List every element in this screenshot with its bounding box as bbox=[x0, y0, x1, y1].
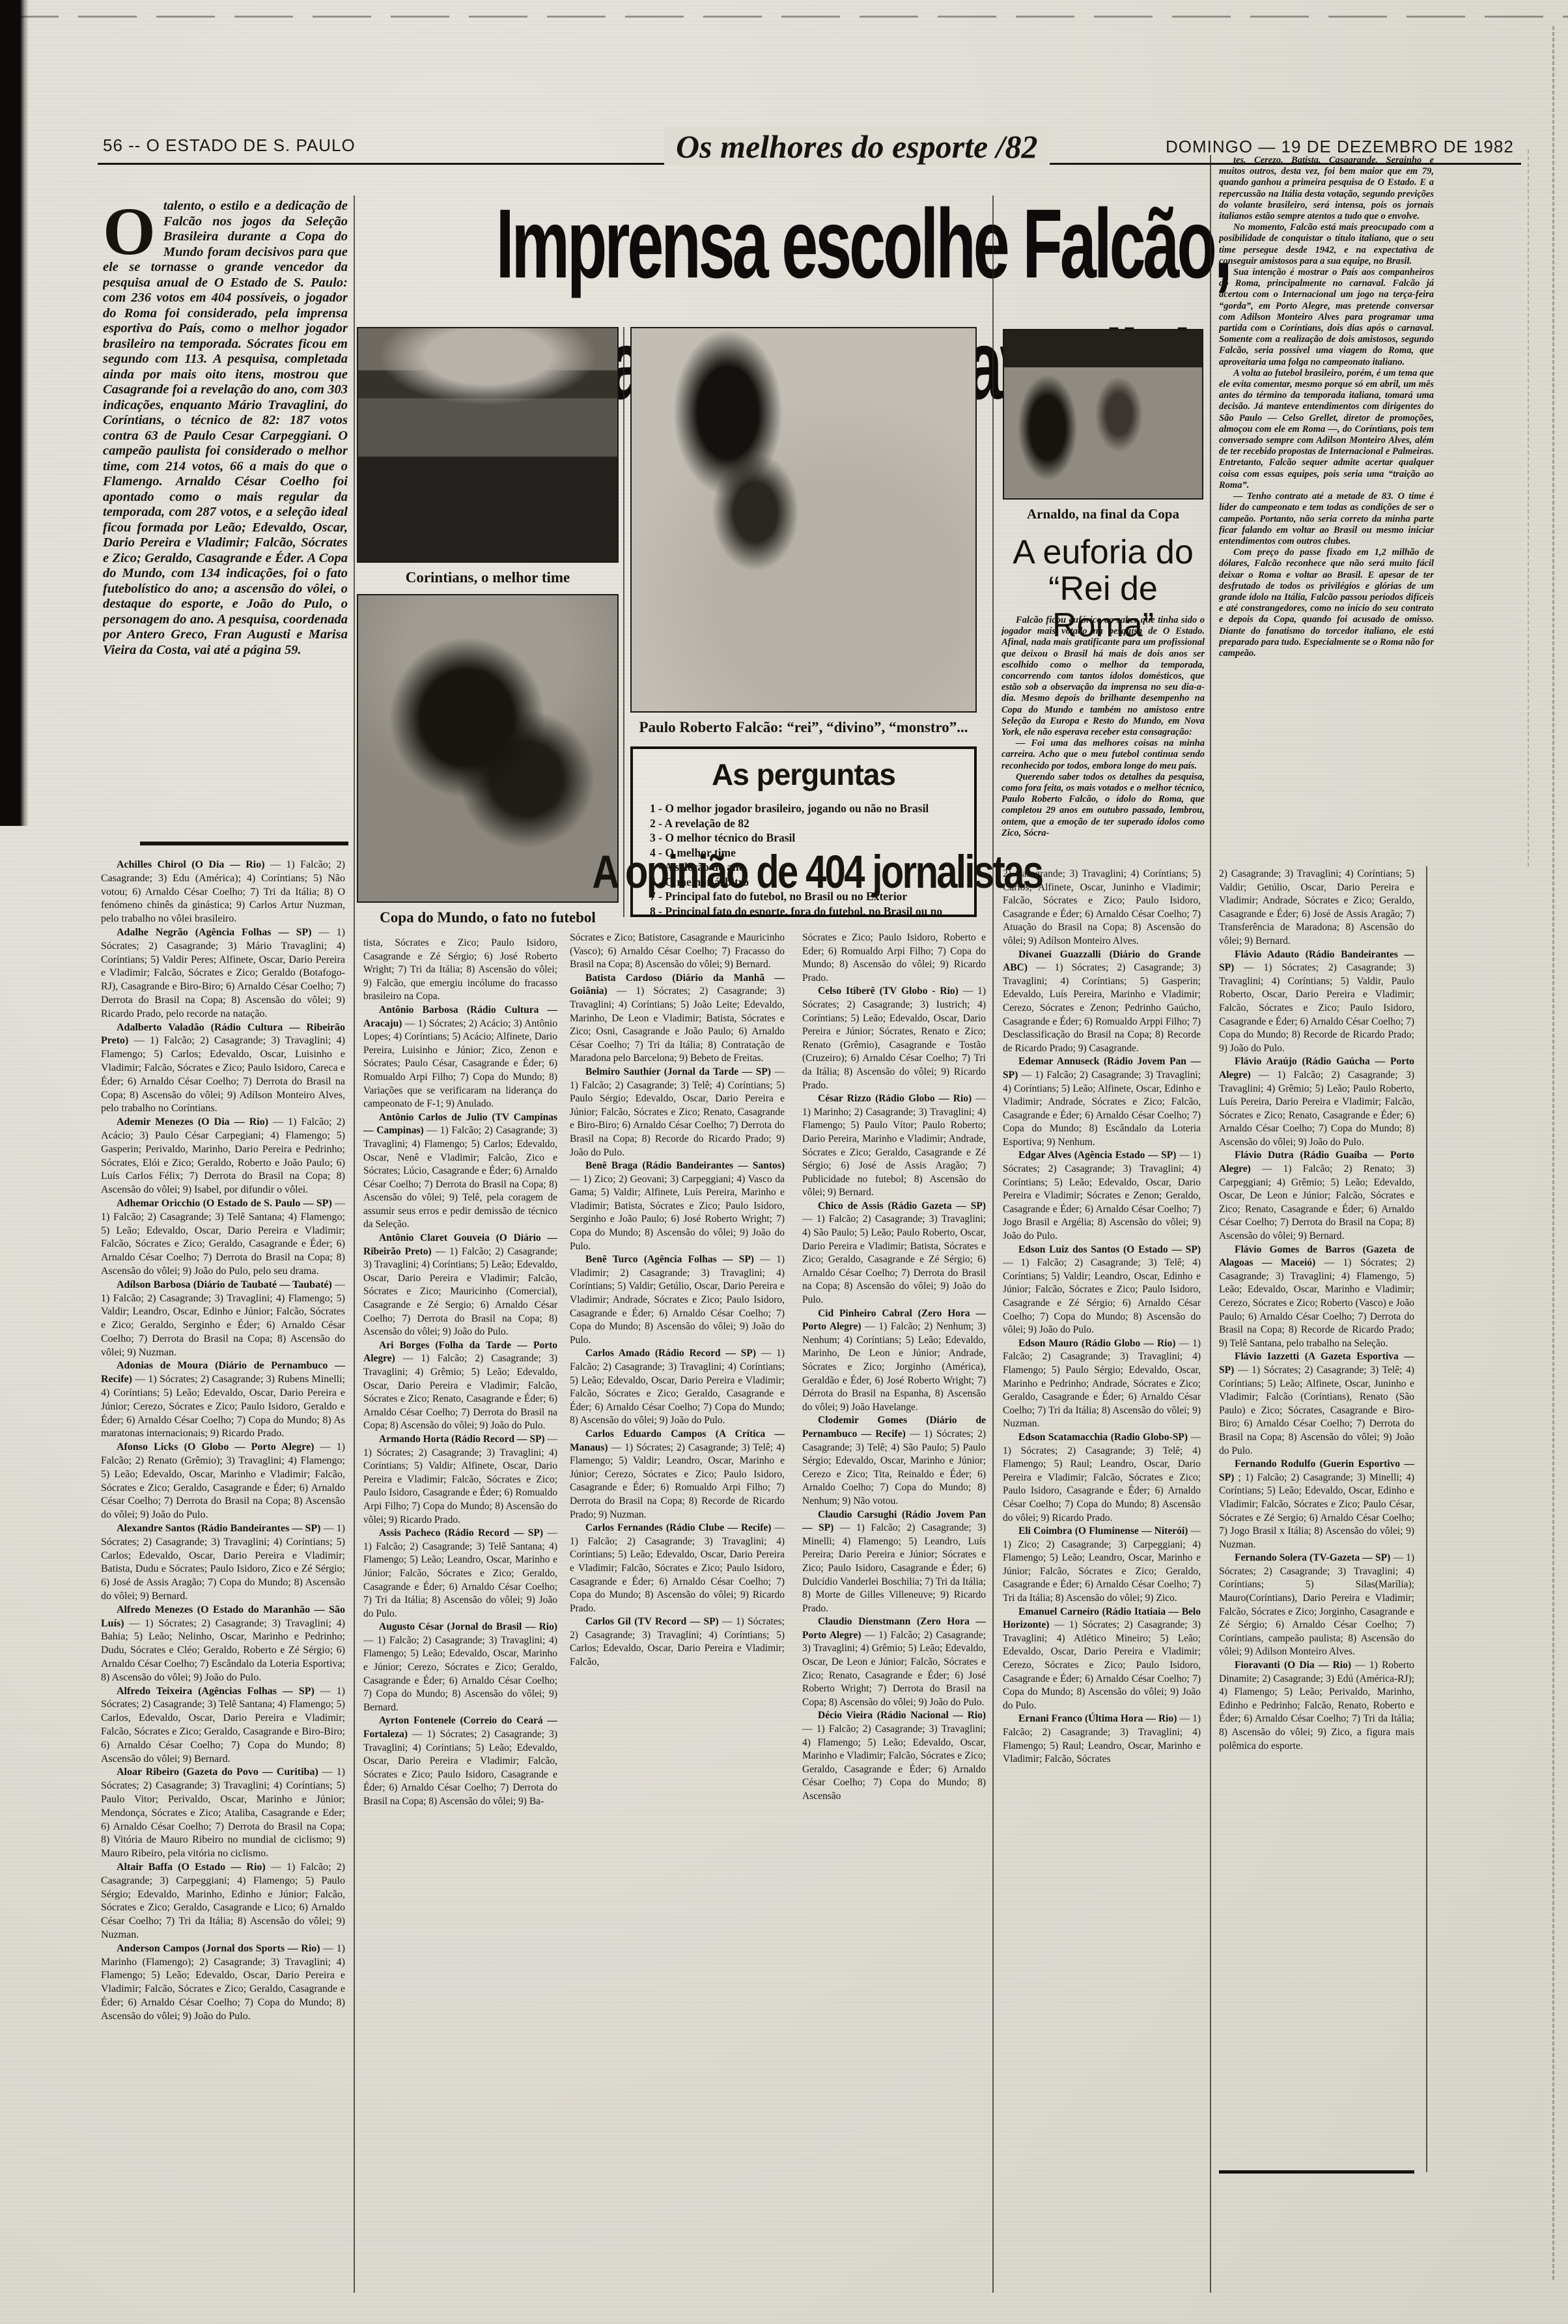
journalist-entry: Armando Horta (Rádio Record — SP) — 1) S… bbox=[363, 1433, 557, 1527]
journalist-name: Aloar Ribeiro (Gazeta do Povo — Curitiba… bbox=[117, 1766, 322, 1778]
journalist-entry: Adalberto Valadão (Rádio Cultura — Ribei… bbox=[101, 1021, 345, 1116]
journalist-entry: Antônio Barbosa (Rádio Cultura — Aracaju… bbox=[363, 1004, 557, 1111]
journalist-entry: Clodemir Gomes (Diário de Pernambuco — R… bbox=[802, 1414, 986, 1508]
journalist-name: Cid Pinheiro Cabral (Zero Hora — Porto A… bbox=[802, 1308, 986, 1333]
journalist-entry: César Rizzo (Rádio Globo — Rio) — 1) Mar… bbox=[802, 1092, 986, 1200]
journalist-entry: Anderson Campos (Jornal dos Sports — Rio… bbox=[101, 1942, 345, 2024]
journalist-name: Edgar Alves (Agência Estado — SP) bbox=[1018, 1150, 1179, 1161]
journalist-entry: Emanuel Carneiro (Rádio Itatiaia — Belo … bbox=[1003, 1606, 1201, 1713]
journalist-entry: Claudio Carsughi (Rádio Jovem Pan — SP) … bbox=[802, 1509, 986, 1616]
journalist-name: Ernani Franco (Última Hora — Rio) bbox=[1018, 1713, 1179, 1724]
question-item: 2 - A revelação de 82 bbox=[650, 816, 957, 831]
question-item: 3 - O melhor técnico do Brasil bbox=[650, 830, 957, 845]
journalist-name: Anderson Campos (Jornal dos Sports — Rio… bbox=[117, 1943, 323, 1954]
opinion-column-3: Sócrates e Zico; Batistore, Casagrande e… bbox=[570, 931, 785, 2289]
euforia-paragraph: No momento, Falcão está mais preocupado … bbox=[1219, 222, 1434, 267]
scan-scratch-line bbox=[0, 16, 1568, 18]
journalist-name: Adonias de Moura (Diário de Pernambuco —… bbox=[101, 1360, 345, 1385]
journalist-name: Carlos Gil (TV Record — SP) bbox=[585, 1616, 722, 1627]
journalist-entry: Ayrton Fontenele (Correio do Ceará — For… bbox=[363, 1714, 557, 1808]
column-rule bbox=[623, 327, 624, 917]
journalist-entry: Benê Braga (Rádio Bandeirantes — Santos)… bbox=[570, 1159, 785, 1253]
euforia-paragraph: A volta ao futebol brasileiro, porém, é … bbox=[1219, 368, 1434, 491]
journalist-name: Ari Borges (Folha da Tarde — Porto Alegr… bbox=[363, 1340, 557, 1365]
journalist-entry: Flávio Gomes de Barros (Gazeta de Alagoa… bbox=[1219, 1243, 1414, 1351]
journalist-entry: Benê Turco (Agência Folhas — SP) — 1) Vl… bbox=[570, 1253, 785, 1347]
arnaldo-photo-caption: Arnaldo, na final da Copa bbox=[1003, 505, 1203, 522]
journalist-name: Assis Pacheco (Rádio Record — SP) bbox=[379, 1527, 548, 1538]
journalist-name: Fernando Solera (TV-Gazeta — SP) bbox=[1235, 1552, 1393, 1563]
journalist-entry: Altair Baffa (O Estado — Rio) — 1) Falcã… bbox=[101, 1861, 345, 1942]
journalist-entry: Edemar Annuseck (Rádio Jovem Pan — SP) —… bbox=[1003, 1055, 1201, 1149]
journalist-entry: Claudio Dienstmann (Zero Hora — Porto Al… bbox=[802, 1615, 986, 1709]
journalist-name: Chico de Assis (Rádio Gazeta — SP) bbox=[818, 1200, 986, 1212]
intro-end-rule bbox=[140, 842, 348, 845]
journalist-name: Clodemir Gomes (Diário de Pernambuco — R… bbox=[802, 1415, 986, 1439]
scan-left-streak bbox=[0, 0, 29, 826]
journalist-name: Adalberto Valadão (Rádio Cultura — Ribei… bbox=[101, 1022, 345, 1047]
entry-continuation: Sócrates e Zico; Paulo Isidoro, Roberto … bbox=[802, 931, 986, 985]
journalist-name: Fioravanti (O Dia — Rio) bbox=[1235, 1660, 1355, 1671]
journalist-name: Flávio Iazzetti (A Gazeta Esportiva — SP… bbox=[1219, 1351, 1414, 1376]
journalist-name: Flávio Adauto (Rádio Bandeirantes — SP) bbox=[1219, 949, 1414, 974]
journalist-name: Afonso Licks (O Globo — Porto Alegre) bbox=[117, 1441, 320, 1452]
journalist-name: Claudio Carsughi (Rádio Jovem Pan — SP) bbox=[802, 1509, 986, 1534]
journalist-entry: Adhemar Oricchio (O Estado de S. Paulo —… bbox=[101, 1197, 345, 1279]
euforia-paragraph: — Foi uma das melhores coisas na minha c… bbox=[1001, 738, 1205, 772]
scan-crease-line bbox=[1528, 150, 1529, 866]
journalist-name: Carlos Fernandes (Rádio Clube — Recife) bbox=[585, 1522, 775, 1533]
intro-text: talento, o estilo e a dedicação de Falcã… bbox=[103, 199, 348, 657]
intro-column: Otalento, o estilo e a dedicação de Falc… bbox=[103, 199, 348, 829]
column-rule bbox=[1426, 866, 1427, 2172]
euforia-paragraph: tes, Cerezo, Batista, Casagrande, Sergin… bbox=[1219, 155, 1434, 222]
journalist-name: Antônio Carlos de Julio (TV Campinas — C… bbox=[363, 1112, 557, 1137]
journalist-entry: Ernani Franco (Última Hora — Rio) — 1) F… bbox=[1003, 1712, 1201, 1766]
journalist-name: César Rizzo (Rádio Globo — Rio) bbox=[818, 1093, 976, 1104]
journalist-name: Edson Mauro (Rádio Globo — Rio) bbox=[1018, 1338, 1179, 1349]
journalist-name: Edson Scatamacchia (Radio Globo-SP) bbox=[1018, 1432, 1191, 1443]
journalist-name: Ademir Menezes (O Dia — Rio) bbox=[117, 1116, 273, 1127]
journalist-entry: Carlos Fernandes (Rádio Clube — Recife) … bbox=[570, 1522, 785, 1615]
journalist-entry: Flávio Dutra (Rádio Guaíba — Porto Alegr… bbox=[1219, 1149, 1414, 1243]
journalist-name: Armando Horta (Rádio Record — SP) bbox=[379, 1434, 548, 1445]
euforia-column-2: tes, Cerezo, Batista, Casagrande, Sergin… bbox=[1219, 155, 1434, 857]
scan-fold-line bbox=[1552, 26, 1554, 2280]
journalist-name: Divanei Guazzalli (Diário do Grande ABC) bbox=[1003, 949, 1201, 974]
journalist-entry: Décio Vieira (Rádio Nacional — Rio) — 1)… bbox=[802, 1709, 986, 1803]
arnaldo-referee-photo bbox=[1003, 329, 1203, 500]
journalist-name: Augusto César (Jornal do Brasil — Rio) bbox=[379, 1621, 557, 1632]
headline-line-1: Imprensa escolhe Falcão, bbox=[496, 182, 1054, 306]
opinion-end-rule bbox=[1219, 2170, 1414, 2174]
journalist-name: Batista Cardoso (Diário da Manhã — Goiân… bbox=[570, 972, 785, 997]
journalist-name: Adílson Barbosa (Diário de Taubaté — Tau… bbox=[117, 1279, 335, 1290]
journalist-name: Alexandre Santos (Rádio Bandeirantes — S… bbox=[117, 1523, 324, 1534]
column-rule bbox=[354, 195, 355, 2293]
journalist-entry: Ari Borges (Folha da Tarde — Porto Alegr… bbox=[363, 1339, 557, 1433]
opinion-column-2: tista, Sócrates e Zico; Paulo Isidoro, C… bbox=[363, 937, 557, 2289]
entry-continuation: Sócrates e Zico; Batistore, Casagrande e… bbox=[570, 931, 785, 972]
journalist-entry: Alexandre Santos (Rádio Bandeirantes — S… bbox=[101, 1522, 345, 1604]
journalist-name: Ayrton Fontenele (Correio do Ceará — For… bbox=[363, 1715, 557, 1740]
opinion-column-6: 2) Casagrande; 3) Travaglini; 4) Corínti… bbox=[1219, 868, 1414, 2164]
journalist-name: Adhemar Oricchio (O Estado de S. Paulo —… bbox=[117, 1198, 335, 1209]
journalist-entry: Adonias de Moura (Diário de Pernambuco —… bbox=[101, 1359, 345, 1441]
entry-continuation: 2) Casagrande; 3) Travaglini; 4) Corínti… bbox=[1219, 868, 1414, 948]
journalist-entry: Fernando Rodulfo (Guerin Esportivo — SP)… bbox=[1219, 1458, 1414, 1552]
journalist-entry: Achilles Chirol (O Dia — Rio) — 1) Falcã… bbox=[101, 858, 345, 926]
journalist-entry: Alfredo Menezes (O Estado do Maranhão — … bbox=[101, 1604, 345, 1685]
journalist-entry: Fioravanti (O Dia — Rio) — 1) Roberto Di… bbox=[1219, 1659, 1414, 1753]
opinion-headline: A opinião de 404 jornalistas bbox=[560, 847, 990, 898]
column-rule bbox=[992, 195, 994, 2293]
euforia-paragraph: Falcão ficou eufórico ao saber que tinha… bbox=[1001, 615, 1205, 738]
journalist-entry: Afonso Licks (O Globo — Porto Alegre) — … bbox=[101, 1441, 345, 1522]
corintians-photo-caption: Corintians, o melhor time bbox=[357, 569, 619, 586]
journalist-name: Belmiro Sauthier (Jornal da Tarde — SP) bbox=[585, 1066, 775, 1077]
journalist-entry: Divanei Guazzalli (Diário do Grande ABC)… bbox=[1003, 948, 1201, 1056]
journalist-name: Edemar Annuseck (Rádio Jovem Pan — SP) bbox=[1003, 1056, 1201, 1081]
journalist-entry: Edgar Alves (Agência Estado — SP) — 1) S… bbox=[1003, 1149, 1201, 1243]
euforia-column-1: Falcão ficou eufórico ao saber que tinha… bbox=[1001, 615, 1205, 857]
journalist-name: Flávio Gomes de Barros (Gazeta de Alagoa… bbox=[1219, 1244, 1414, 1269]
journalist-name: Edson Luiz dos Santos (O Estado — SP) bbox=[1018, 1244, 1201, 1255]
journalist-entry: Flávio Iazzetti (A Gazeta Esportiva — SP… bbox=[1219, 1350, 1414, 1458]
euforia-paragraph: Querendo saber todos os detalhes da pesq… bbox=[1001, 772, 1205, 839]
journalist-entry: Cid Pinheiro Cabral (Zero Hora — Porto A… bbox=[802, 1307, 986, 1415]
journalist-name: Fernando Rodulfo (Guerin Esportivo — SP) bbox=[1219, 1458, 1414, 1483]
section-title: Os melhores do esporte /82 bbox=[664, 128, 1050, 165]
journalist-name: Carlos Amado (Rádio Record — SP) bbox=[585, 1348, 761, 1359]
journalist-name: Eli Coimbra (O Fluminense — Niterói) bbox=[1018, 1525, 1191, 1537]
opinion-column-1: Achilles Chirol (O Dia — Rio) — 1) Falcã… bbox=[101, 858, 345, 2289]
journalist-entry: Alfredo Teixeira (Agências Folhas — SP) … bbox=[101, 1685, 345, 1766]
question-item: 8 - Principal fato do esporte, fora do f… bbox=[650, 904, 957, 918]
journalist-name: Emanuel Carneiro (Rádio Itatiaia — Belo … bbox=[1003, 1606, 1201, 1631]
journalist-name: Antônio Claret Gouveia (O Diário — Ribei… bbox=[363, 1232, 557, 1257]
journalist-entry: Assis Pacheco (Rádio Record — SP) — 1) F… bbox=[363, 1527, 557, 1621]
entry-continuation: tista, Sócrates e Zico; Paulo Isidoro, C… bbox=[363, 937, 557, 1004]
euforia-paragraph: Com preço do passe fixado em 1,2 milhão … bbox=[1219, 547, 1434, 659]
euforia-title-line-1: A euforia do bbox=[998, 534, 1209, 571]
opinion-column-4: Sócrates e Zico; Paulo Isidoro, Roberto … bbox=[802, 931, 986, 2289]
journalist-name: Benê Turco (Agência Folhas — SP) bbox=[585, 1254, 760, 1265]
journalist-name: Carlos Eduardo Campos (A Crítica — Manau… bbox=[570, 1428, 785, 1453]
journalist-entry: Edson Mauro (Rádio Globo — Rio) — 1) Fal… bbox=[1003, 1337, 1201, 1431]
journalist-entry: Eli Coimbra (O Fluminense — Niterói) — 1… bbox=[1003, 1525, 1201, 1606]
journalist-entry: Antônio Claret Gouveia (O Diário — Ribei… bbox=[363, 1232, 557, 1339]
journalist-name: Benê Braga (Rádio Bandeirantes — Santos) bbox=[585, 1160, 785, 1171]
journalist-name: Altair Baffa (O Estado — Rio) bbox=[117, 1862, 271, 1873]
journalist-name: Alfredo Menezes (O Estado do Maranhão — … bbox=[101, 1604, 345, 1629]
journalist-name: Adalhe Negrão (Agência Folhas — SP) bbox=[117, 927, 319, 938]
opinion-headline-text: A opinião de 404 jornalistas bbox=[593, 845, 958, 899]
drop-cap: O bbox=[103, 205, 156, 258]
journalist-entry: Augusto César (Jornal do Brasil — Rio) —… bbox=[363, 1621, 557, 1714]
opinion-column-5: 2) Casagrande; 3) Travaglini; 4) Corínti… bbox=[1003, 868, 1201, 2289]
journalist-entry: Carlos Eduardo Campos (A Crítica — Manau… bbox=[570, 1428, 785, 1522]
journalist-entry: Chico de Assis (Rádio Gazeta — SP) — 1) … bbox=[802, 1200, 986, 1307]
journalist-entry: Edson Scatamacchia (Radio Globo-SP) — 1)… bbox=[1003, 1431, 1201, 1525]
journalist-entry: Adalhe Negrão (Agência Folhas — SP) — 1)… bbox=[101, 926, 345, 1021]
euforia-paragraph: — Tenho contrato até a metade de 83. O t… bbox=[1219, 491, 1434, 547]
journalist-entry: Belmiro Sauthier (Jornal da Tarde — SP) … bbox=[570, 1066, 785, 1159]
journalist-name: Claudio Dienstmann (Zero Hora — Porto Al… bbox=[802, 1616, 986, 1641]
journalist-name: Alfredo Teixeira (Agências Folhas — SP) bbox=[117, 1686, 320, 1697]
journalist-entry: Flávio Adauto (Rádio Bandeirantes — SP) … bbox=[1219, 948, 1414, 1056]
journalist-name: Décio Vieira (Rádio Nacional — Rio) bbox=[818, 1710, 986, 1721]
world-cup-photo-caption: Copa do Mundo, o fato no futebol bbox=[357, 909, 619, 926]
journalist-entry: Edson Luiz dos Santos (O Estado — SP) — … bbox=[1003, 1243, 1201, 1337]
corintians-team-photo bbox=[357, 327, 619, 563]
falcao-photo bbox=[630, 327, 977, 713]
journalist-entry: Aloar Ribeiro (Gazeta do Povo — Curitiba… bbox=[101, 1766, 345, 1861]
question-item: 1 - O melhor jogador brasileiro, jogando… bbox=[650, 801, 957, 816]
journalist-entry: Carlos Gil (TV Record — SP) — 1) Sócrate… bbox=[570, 1615, 785, 1669]
journalist-entry: Fernando Solera (TV-Gazeta — SP) — 1) Só… bbox=[1219, 1552, 1414, 1659]
journalist-entry: Batista Cardoso (Diário da Manhã — Goiân… bbox=[570, 972, 785, 1066]
journalist-name: Flávio Araújo (Rádio Gaúcha — Porto Aleg… bbox=[1219, 1056, 1414, 1081]
journalist-name: Flávio Dutra (Rádio Guaíba — Porto Alegr… bbox=[1219, 1150, 1414, 1174]
journalist-entry: Celso Itiberê (TV Globo - Rio) — 1) Sócr… bbox=[802, 985, 986, 1092]
questions-title: As perguntas bbox=[650, 757, 957, 792]
page-number-masthead: 56 -- O ESTADO DE S. PAULO bbox=[103, 135, 356, 156]
journalist-entry: Carlos Amado (Rádio Record — SP) — 1) Fa… bbox=[570, 1347, 785, 1428]
journalist-name: Celso Itiberê (TV Globo - Rio) bbox=[818, 985, 963, 997]
journalist-entry: Antônio Carlos de Julio (TV Campinas — C… bbox=[363, 1111, 557, 1232]
entry-continuation: 2) Casagrande; 3) Travaglini; 4) Corínti… bbox=[1003, 868, 1201, 948]
falcao-photo-caption: Paulo Roberto Falcão: “rei”, “divino”, “… bbox=[630, 719, 977, 736]
euforia-paragraph: Sua intenção é mostrar o País aos compan… bbox=[1219, 267, 1434, 368]
journalist-entry: Flávio Araújo (Rádio Gaúcha — Porto Aleg… bbox=[1219, 1055, 1414, 1149]
journalist-entry: Adílson Barbosa (Diário de Taubaté — Tau… bbox=[101, 1279, 345, 1360]
journalist-entry: Ademir Menezes (O Dia — Rio) — 1) Falcão… bbox=[101, 1116, 345, 1197]
journalist-name: Achilles Chirol (O Dia — Rio) bbox=[117, 859, 270, 870]
date-line: DOMINGO — 19 DE DEZEMBRO DE 1982 bbox=[1166, 137, 1514, 157]
column-rule bbox=[1210, 155, 1211, 2293]
journalist-name: Antônio Barbosa (Rádio Cultura — Aracaju… bbox=[363, 1004, 557, 1029]
